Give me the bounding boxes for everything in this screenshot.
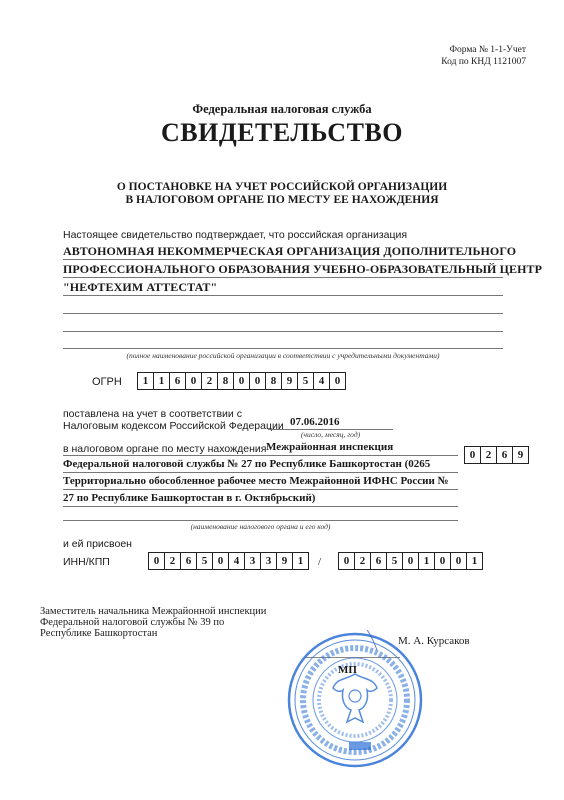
inn-digit: 3: [261, 553, 277, 569]
tax-code-digit: 6: [497, 447, 513, 463]
kpp-digit: 0: [451, 553, 467, 569]
tax-authority-intro: в налоговом органе по месту нахождения: [63, 443, 266, 455]
divider: [63, 520, 458, 521]
kpp-digit: 5: [387, 553, 403, 569]
agency-name: Федеральная налоговая служба: [0, 102, 564, 117]
seal-label: МП: [338, 664, 357, 676]
tax-authority-hint: (наименование налогового органа и его ко…: [63, 522, 458, 531]
inn-digit: 6: [181, 553, 197, 569]
ogrn-digit: 9: [282, 373, 298, 389]
tax-authority-line-2: Территориально обособленное рабочее мест…: [63, 475, 449, 487]
org-name-line-3: "НЕФТЕХИМ АТТЕСТАТ": [63, 280, 217, 295]
inn-kpp-label: ИНН/КПП: [63, 556, 110, 568]
registration-line-1: поставлена на учет в соответствии с: [63, 408, 242, 420]
divider: [63, 472, 458, 473]
ogrn-digit: 2: [202, 373, 218, 389]
kpp-digit: 2: [355, 553, 371, 569]
ogrn-digit: 6: [170, 373, 186, 389]
divider: [63, 455, 458, 456]
ogrn-label: ОГРН: [92, 376, 122, 388]
inn-digit: 3: [245, 553, 261, 569]
kpp-cells: 026501001: [338, 552, 483, 570]
ogrn-digit: 1: [154, 373, 170, 389]
signer-position-line-3: Республике Башкортостан: [40, 628, 266, 639]
divider: [63, 313, 503, 314]
inn-digit: 0: [149, 553, 165, 569]
ogrn-digit: 1: [138, 373, 154, 389]
ogrn-digit: 8: [266, 373, 282, 389]
registration-date: 07.06.2016: [290, 416, 340, 428]
subtitle-line-1: О ПОСТАНОВКЕ НА УЧЕТ РОССИЙСКОЙ ОРГАНИЗА…: [0, 181, 564, 194]
registration-line-2: Налоговым кодексом Российской Федерации: [63, 420, 284, 432]
tax-code-digit: 9: [513, 447, 528, 463]
signer-position: Заместитель начальника Межрайонной инспе…: [40, 606, 266, 639]
ogrn-digit: 0: [250, 373, 266, 389]
signer-position-line-2: Федеральной налоговой службы № 39 по: [40, 617, 266, 628]
inn-digit: 4: [229, 553, 245, 569]
ogrn-digit: 0: [330, 373, 345, 389]
divider: [63, 348, 503, 349]
document-title: СВИДЕТЕЛЬСТВО: [0, 118, 564, 148]
org-name-hint: (полное наименование российской организа…: [63, 351, 503, 360]
tax-authority-code-cells: 0269: [464, 446, 529, 464]
divider: [63, 506, 458, 507]
kpp-digit: 0: [339, 553, 355, 569]
official-stamp-icon: [285, 630, 425, 770]
ogrn-digit: 4: [314, 373, 330, 389]
tax-code-digit: 2: [481, 447, 497, 463]
document-subtitle: О ПОСТАНОВКЕ НА УЧЕТ РОССИЙСКОЙ ОРГАНИЗА…: [0, 181, 564, 207]
divider: [63, 295, 503, 296]
form-number-block: Форма № 1-1-Учет Код по КНД 1121007: [441, 44, 526, 68]
subtitle-line-2: В НАЛОГОВОМ ОРГАНЕ ПО МЕСТУ ЕЕ НАХОЖДЕНИ…: [0, 194, 564, 207]
signer-position-line-1: Заместитель начальника Межрайонной инспе…: [40, 606, 266, 617]
tax-code-digit: 0: [465, 447, 481, 463]
inn-cells: 0265043391: [148, 552, 309, 570]
ogrn-cells: 1160280089540: [137, 372, 346, 390]
date-hint: (число, месяц, год): [268, 430, 393, 439]
kpp-digit: 1: [419, 553, 435, 569]
divider: [63, 331, 503, 332]
kpp-digit: 0: [435, 553, 451, 569]
inn-digit: 5: [197, 553, 213, 569]
divider: [63, 259, 503, 260]
tax-authority-line-1: Федеральной налоговой службы № 27 по Рес…: [63, 458, 430, 470]
inn-digit: 9: [277, 553, 293, 569]
form-number: Форма № 1-1-Учет: [441, 44, 526, 56]
organization-intro: Настоящее свидетельство подтверждает, чт…: [63, 229, 407, 241]
inn-kpp-separator: /: [318, 556, 321, 568]
org-name-line-1: АВТОНОМНАЯ НЕКОММЕРЧЕСКАЯ ОРГАНИЗАЦИЯ ДО…: [63, 244, 516, 259]
divider: [63, 277, 503, 278]
inn-digit: 2: [165, 553, 181, 569]
org-name-line-2: ПРОФЕССИОНАЛЬНОГО ОБРАЗОВАНИЯ УЧЕБНО-ОБР…: [63, 262, 542, 277]
knd-code: Код по КНД 1121007: [441, 56, 526, 68]
divider: [63, 489, 458, 490]
ogrn-digit: 5: [298, 373, 314, 389]
kpp-digit: 0: [403, 553, 419, 569]
ogrn-digit: 0: [186, 373, 202, 389]
ogrn-digit: 0: [234, 373, 250, 389]
assigned-label: и ей присвоен: [63, 538, 132, 550]
kpp-digit: 1: [467, 553, 482, 569]
ogrn-digit: 8: [218, 373, 234, 389]
tax-authority-name-first: Межрайонная инспекция: [266, 441, 393, 453]
tax-authority-line-3: 27 по Республике Башкортостан в г. Октяб…: [63, 492, 315, 504]
kpp-digit: 6: [371, 553, 387, 569]
inn-digit: 0: [213, 553, 229, 569]
inn-digit: 1: [293, 553, 308, 569]
